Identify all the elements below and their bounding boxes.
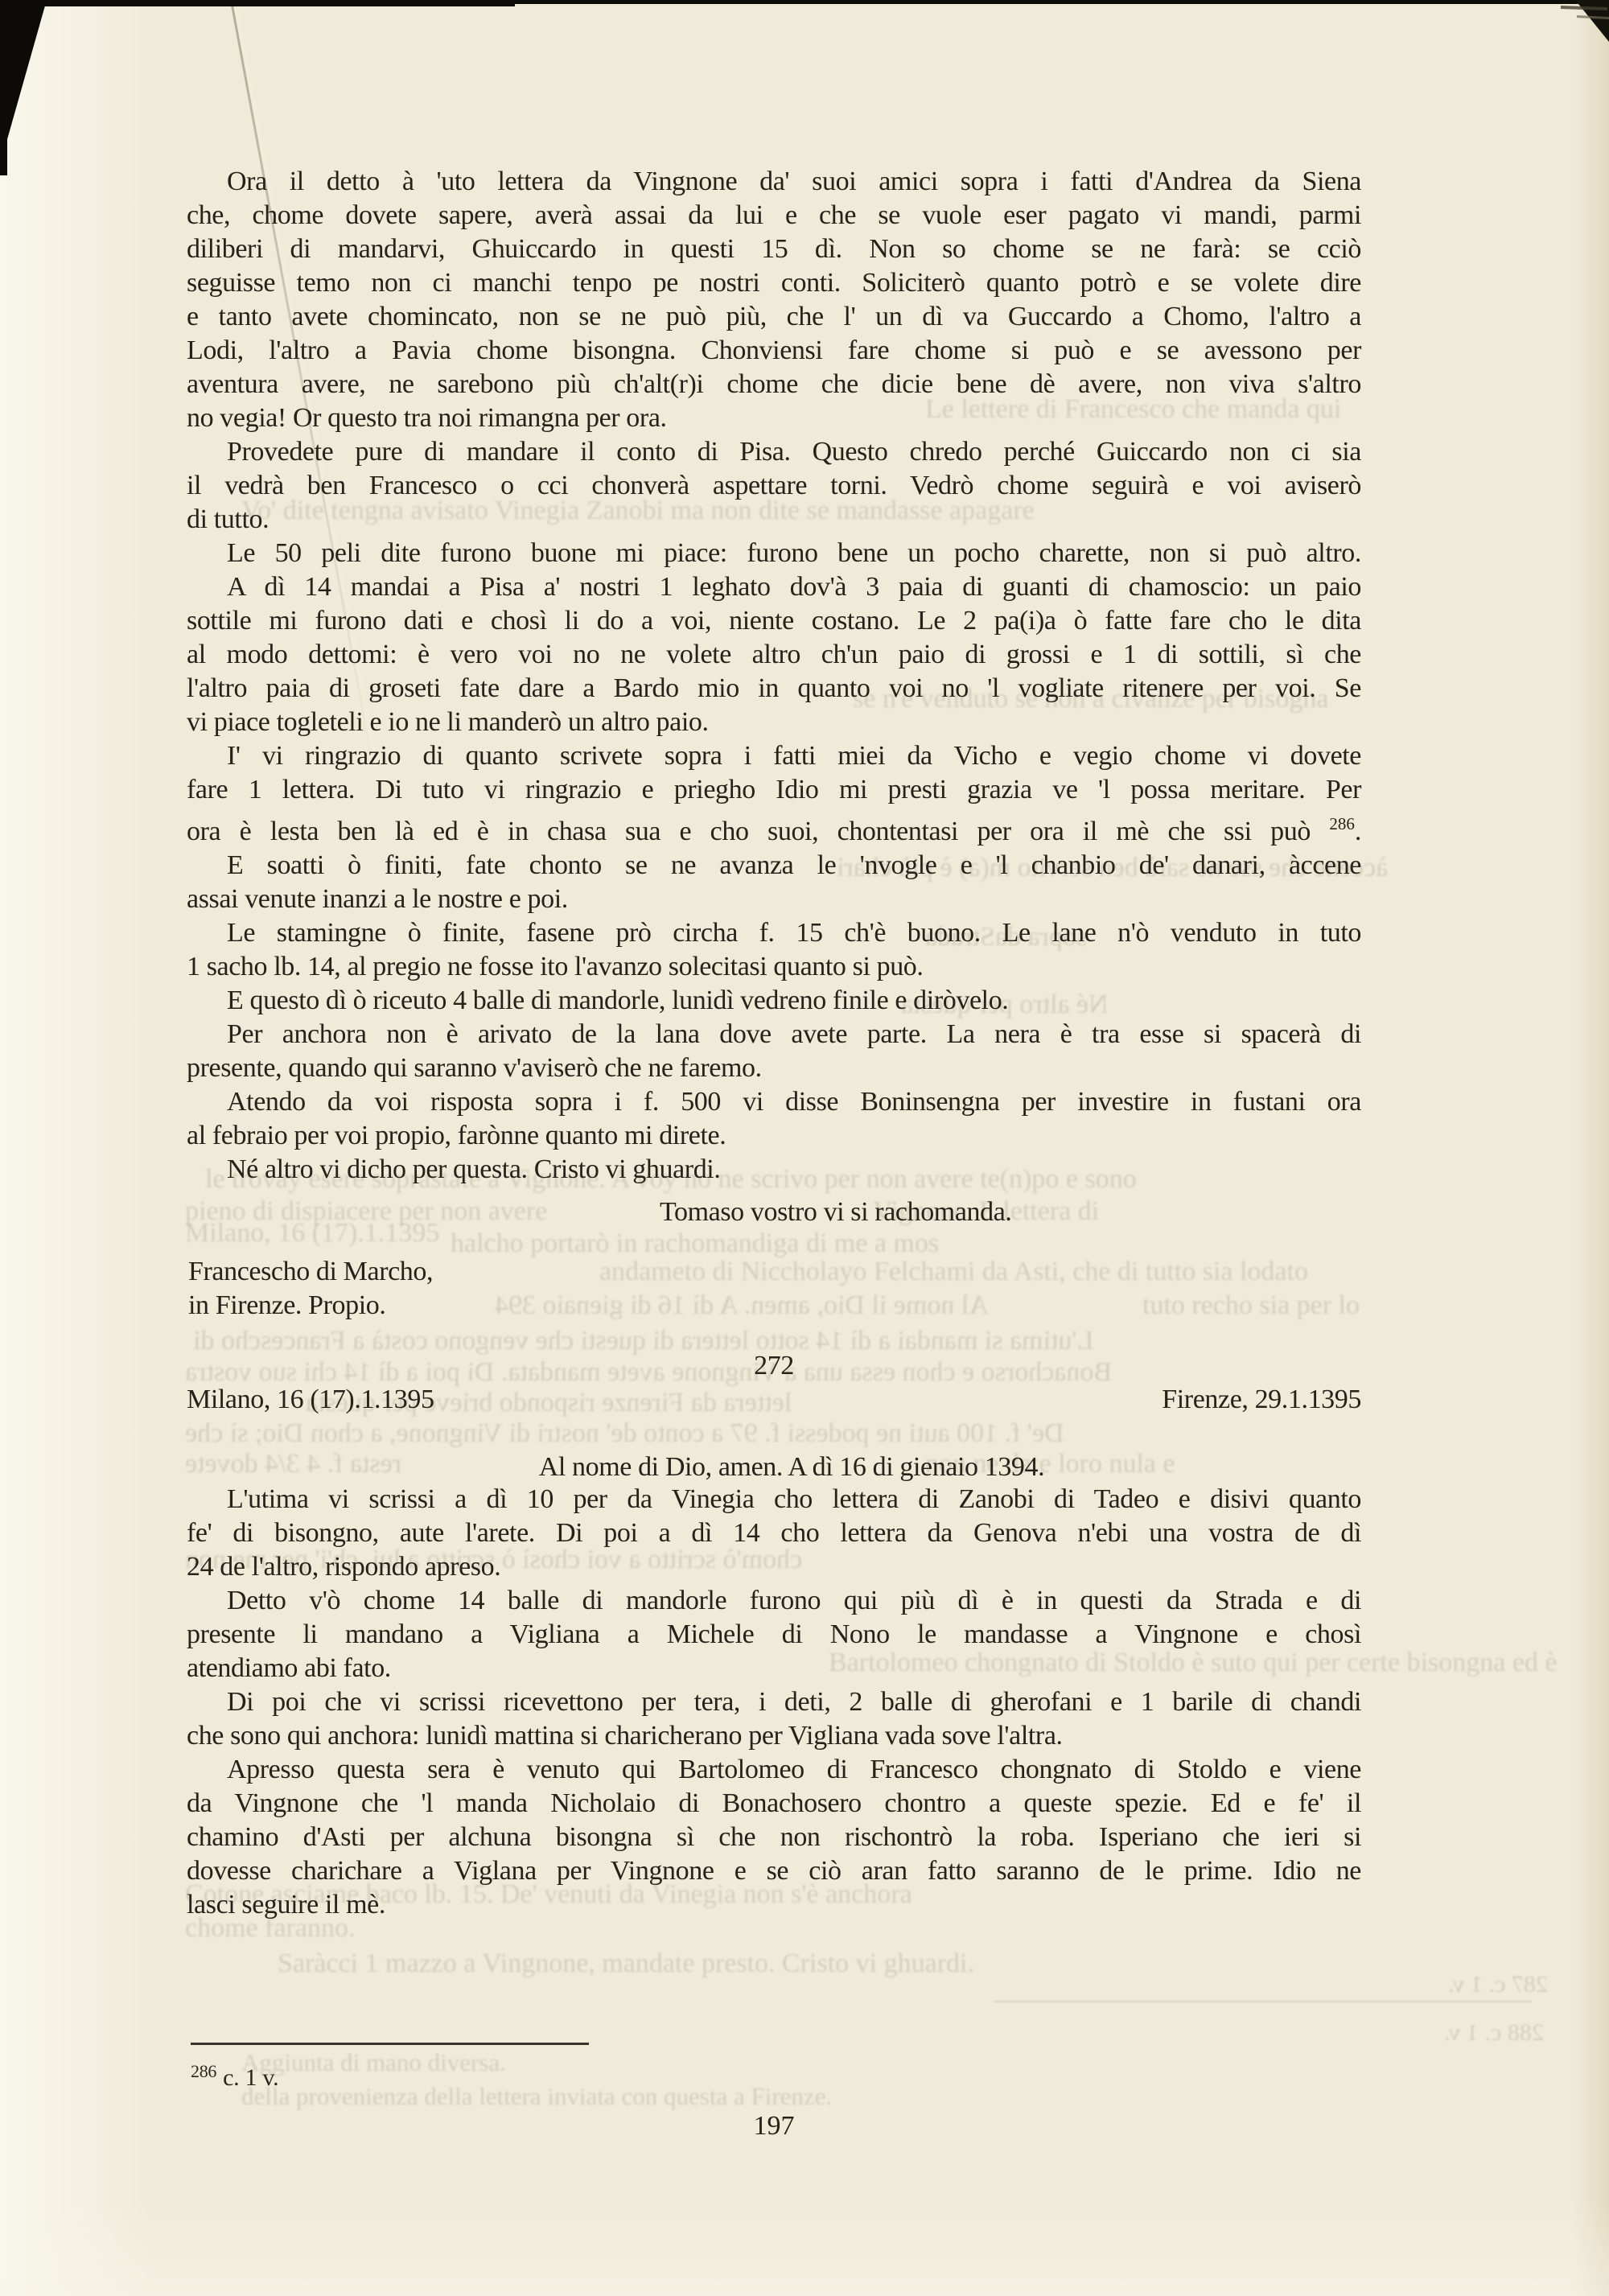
text-line: diliberi di mandarvi, Ghuiccardo in ques… bbox=[187, 232, 1361, 266]
date-destination: Firenze, 29.1.1395 bbox=[1162, 1383, 1361, 1417]
text-line: Lodi, l'altro a Pavia chome bisongna. Ch… bbox=[187, 334, 1361, 368]
text-line: L'utima vi scrissi a dì 10 per da Vinegi… bbox=[187, 1483, 1361, 1516]
letter-number-heading: 272 bbox=[187, 1349, 1361, 1383]
page-number: 197 bbox=[187, 2111, 1361, 2142]
salutation: Al nome di Dio, amen. A dì 16 di gienaio… bbox=[204, 1450, 1379, 1484]
text-line: dovesse charichare a Viglana per Vingnon… bbox=[187, 1854, 1361, 1888]
text-line: Le 50 peli dite furono buone mi piace: f… bbox=[187, 537, 1361, 570]
text-line: fare 1 lettera. Di tuto vi ringrazio e p… bbox=[187, 773, 1361, 807]
text-line: atendiamo abi fato. bbox=[187, 1652, 1361, 1685]
text-line: da Vingnone che 'l manda Nicholaio di Bo… bbox=[187, 1787, 1361, 1821]
date-origin: Milano, 16 (17).1.1395 bbox=[187, 1383, 434, 1417]
footnote-reference: 286 bbox=[1329, 814, 1355, 833]
text-line: presente li mandano a Vigliana a Michele… bbox=[187, 1618, 1361, 1652]
text-line: Provedete pure di mandare il conto di Pi… bbox=[187, 435, 1361, 469]
paragraph: I' vi ringrazio di quanto scrivete sopra… bbox=[187, 739, 1361, 849]
paragraph: Per anchora non è arivato de la lana dov… bbox=[187, 1018, 1361, 1085]
letter-271-paragraphs: Ora il detto à 'uto lettera da Vingnone … bbox=[187, 165, 1361, 1187]
paragraph: Di poi che vi scrissi ricevettono per te… bbox=[187, 1685, 1361, 1753]
bleedthrough-rule bbox=[994, 2001, 1533, 2002]
text-line: chamino d'Asti per alchuna bisongna sì c… bbox=[187, 1821, 1361, 1854]
bleedthrough-text: 288 c. 1 v. bbox=[1444, 2021, 1544, 2045]
text-line: I' vi ringrazio di quanto scrivete sopra… bbox=[187, 739, 1361, 773]
text-line: A dì 14 mandai a Pisa a' nostri 1 leghat… bbox=[187, 570, 1361, 604]
text-line: 1 sacho lb. 14, al pregio ne fosse ito l… bbox=[187, 950, 1361, 984]
text-line: fe' di bisongno, aute l'arete. Di poi a … bbox=[187, 1516, 1361, 1550]
page-edge-shadow bbox=[1572, 0, 1609, 2296]
paragraph: Ora il detto à 'uto lettera da Vingnone … bbox=[187, 165, 1361, 435]
text-line: Apresso questa sera è venuto qui Bartolo… bbox=[187, 1753, 1361, 1787]
text-line: Né altro vi dicho per questa. Cristo vi … bbox=[187, 1153, 1361, 1187]
signature-line: in Firenze. Propio. bbox=[188, 1289, 433, 1323]
paragraph: Le stamingne ò finite, fasene prò circha… bbox=[187, 916, 1361, 984]
letter-272-paragraphs: L'utima vi scrissi a dì 10 per da Vinegi… bbox=[187, 1483, 1361, 1922]
signature-block: Francescho di Marcho,in Firenze. Propio. bbox=[188, 1255, 433, 1323]
footnote: 286c. 1 v. bbox=[191, 2061, 278, 2092]
text-line: vi piace togleteli e io ne li manderò un… bbox=[187, 706, 1361, 739]
bleedthrough-text: De' f. 100 auti ne podessi f. 97 a conto… bbox=[185, 1420, 1064, 1447]
paragraph: A dì 14 mandai a Pisa a' nostri 1 leghat… bbox=[187, 570, 1361, 739]
text-line: sottile mi furono dati e chosì li do a v… bbox=[187, 604, 1361, 638]
scan-edge-top-left bbox=[0, 0, 515, 6]
text-line: assai venute inanzi a le nostre e poi. bbox=[187, 883, 1361, 916]
text-line: Detto v'ò chome 14 balle di mandorle fur… bbox=[187, 1584, 1361, 1618]
bleedthrough-text: 287 c. 1 v. bbox=[1448, 1973, 1548, 1997]
text-line: e tanto avete chomincato, non se ne può … bbox=[187, 300, 1361, 334]
bleedthrough-text: andameto di Niccholayo Felchami da Asti,… bbox=[599, 1258, 1308, 1286]
signature-line: Francescho di Marcho, bbox=[188, 1255, 433, 1289]
text-line: Ora il detto à 'uto lettera da Vingnone … bbox=[187, 165, 1361, 199]
text-line: di tutto. bbox=[187, 503, 1361, 537]
text-line: che, chome dovete sapere, averà assai da… bbox=[187, 199, 1361, 232]
bleedthrough-text: Aggiunta di mano diversa. bbox=[241, 2050, 506, 2075]
text-line: E soatti ò finiti, fate chonto se ne ava… bbox=[187, 849, 1361, 883]
text-line: Di poi che vi scrissi ricevettono per te… bbox=[187, 1685, 1361, 1719]
footnote-text: c. 1 v. bbox=[223, 2064, 278, 2091]
bleedthrough-text: pieno di dispiacere per non avere bbox=[185, 1198, 547, 1225]
text-line: l'altro paia di groseti fate dare a Bard… bbox=[187, 672, 1361, 706]
paragraph: Apresso questa sera è venuto qui Bartolo… bbox=[187, 1753, 1361, 1922]
text-line: 24 de l'altro, rispondo apreso. bbox=[187, 1550, 1361, 1584]
paragraph: Provedete pure di mandare il conto di Pi… bbox=[187, 435, 1361, 537]
text-line: no vegia! Or questo tra noi rimangna per… bbox=[187, 401, 1361, 435]
text-line: al febraio per voi propio, farònne quant… bbox=[187, 1119, 1361, 1153]
paragraph: L'utima vi scrissi a dì 10 per da Vinegi… bbox=[187, 1483, 1361, 1584]
bleedthrough-text: halcho portarò in rachomandiga di me a m… bbox=[451, 1230, 939, 1257]
text-line: seguisse temo non ci manchi tenpo pe nos… bbox=[187, 266, 1361, 300]
page-curve-highlight bbox=[0, 0, 153, 2296]
text-line: che sono qui anchora: lunidì mattina si … bbox=[187, 1719, 1361, 1753]
paragraph: Detto v'ò chome 14 balle di mandorle fur… bbox=[187, 1584, 1361, 1685]
bleedthrough-text: Saràcci 1 mazzo a Vingnone, mandate pres… bbox=[278, 1950, 974, 1977]
text-line: Atendo da voi risposta sopra i f. 500 vi… bbox=[187, 1085, 1361, 1119]
bleedthrough-text: della provenienza della lettera inviata … bbox=[241, 2084, 832, 2109]
bleedthrough-text: Al nome il Dio, amen. A dì 16 di gienaio… bbox=[495, 1292, 989, 1319]
footnote-marker: 286 bbox=[191, 2061, 216, 2081]
text-line: il vedrà ben Francesco o cci chonverà as… bbox=[187, 469, 1361, 503]
valediction: Tomaso vostro vi si rachomanda. bbox=[660, 1195, 1012, 1229]
text-line: E questo dì ò riceuto 4 balle di mandorl… bbox=[187, 984, 1361, 1018]
bleedthrough-text: Milano, 16 (17).1.1395 bbox=[185, 1220, 439, 1247]
text-line: lasci seguire il mè. bbox=[187, 1888, 1361, 1922]
text-line: presente, quando qui saranno v'aviserò c… bbox=[187, 1051, 1361, 1085]
footnote-rule bbox=[191, 2043, 589, 2045]
bleedthrough-text: tuto recho sia per lo bbox=[1142, 1292, 1360, 1319]
paragraph: Le 50 peli dite furono buone mi piace: f… bbox=[187, 537, 1361, 570]
text-line: ora è lesta ben là ed è in chasa sua e c… bbox=[187, 807, 1361, 849]
paragraph: Atendo da voi risposta sopra i f. 500 vi… bbox=[187, 1085, 1361, 1153]
text-line: aventura avere, ne sarebono più ch'alt(r… bbox=[187, 368, 1361, 401]
paragraph: E questo dì ò riceuto 4 balle di mandorl… bbox=[187, 984, 1361, 1018]
text-line: al modo dettomi: è vero voi no ne volete… bbox=[187, 638, 1361, 672]
paragraph: Né altro vi dicho per questa. Cristo vi … bbox=[187, 1153, 1361, 1187]
text-line: Per anchora non è arivato de la lana dov… bbox=[187, 1018, 1361, 1051]
page-bottom-highlight bbox=[0, 2199, 1609, 2296]
scan-edge-left bbox=[0, 0, 7, 175]
text-line: Le stamingne ò finite, fasene prò circha… bbox=[187, 916, 1361, 950]
paragraph: E soatti ò finiti, fate chonto se ne ava… bbox=[187, 849, 1361, 916]
letter-dateline: Milano, 16 (17).1.1395 Firenze, 29.1.139… bbox=[187, 1383, 1361, 1417]
scanned-book-page: { "page_number": "197", "paper_color": "… bbox=[0, 0, 1609, 2296]
